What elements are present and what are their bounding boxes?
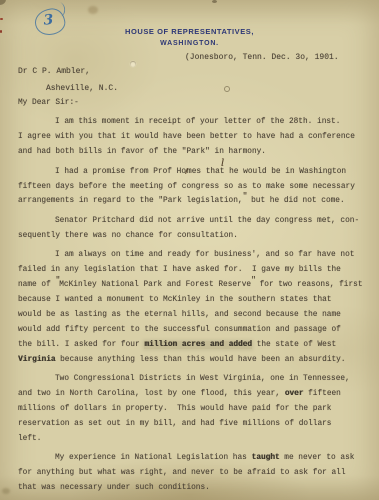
paper-hole <box>130 61 136 67</box>
stain <box>2 488 10 494</box>
letter-line: fifteen days before the meeting of congr… <box>18 180 371 195</box>
line-text: McKinley National Park and Forest Reserv… <box>59 281 251 289</box>
edge-speck <box>0 18 3 20</box>
letter-line: Virginia because anything less than this… <box>18 353 371 368</box>
letter-line: the bill. I asked for four million acres… <box>18 338 371 353</box>
letter-line: failed in any legislation that I have as… <box>18 263 371 278</box>
letter-line: because I wanted a monument to McKinley … <box>18 293 371 308</box>
letter-line: I agree with you that it would have been… <box>18 130 371 145</box>
paragraph: I had a promise from Prof Holmes that he… <box>18 165 371 210</box>
line-text: the state of West <box>252 341 336 349</box>
letterhead-city: WASHINGTON. <box>0 40 379 47</box>
overstruck-text: over <box>285 390 304 398</box>
paragraph: Two Congressional Districts in West Virg… <box>18 372 371 447</box>
line-text: because anything less than this would ha… <box>55 356 345 364</box>
letter-line: millions of dollars in property. This wo… <box>18 402 371 417</box>
stain <box>88 6 98 14</box>
letter-line: I had a promise from Prof Holmes that he… <box>18 165 371 180</box>
letter-line: would add fifty percent to the successfu… <box>18 323 371 338</box>
letter-line: left. <box>18 432 371 447</box>
line-text: me never to ask <box>280 454 355 462</box>
overstruck-text: taught <box>252 454 280 462</box>
paper-mark <box>224 86 230 92</box>
letter-line: sequently there was no chance for consul… <box>18 229 371 244</box>
recipient-name: Dr C P. Ambler, <box>18 67 90 76</box>
salutation: My Dear Sir:- <box>18 96 371 111</box>
line-text: My experience in National Legislation ha… <box>55 454 252 462</box>
line-text: the bill. I asked for four <box>18 341 144 349</box>
line-text: fifteen <box>303 390 340 398</box>
letter-line: Senator Pritchard did not arrive until t… <box>18 214 371 229</box>
overstruck-text: million acres and added <box>144 341 252 349</box>
handwritten-quote: ″ <box>251 276 255 285</box>
handwritten-insertion: l <box>186 172 187 173</box>
letter-line: I am always on time and ready for busine… <box>18 248 371 263</box>
letterhead-org: HOUSE OF REPRESENTATIVES, <box>0 27 379 36</box>
letter-line: reservation as set out in my bill, and h… <box>18 417 371 432</box>
inserted-letter-l: l <box>184 157 224 172</box>
letter-line: My experience in National Legislation ha… <box>18 451 371 466</box>
scanned-letter-page: 3 HOUSE OF REPRESENTATIVES, WASHINGTON. … <box>0 0 379 500</box>
line-text: and two in North Carolina, lost by one f… <box>18 390 285 398</box>
letter-line: and two in North Carolina, lost by one f… <box>18 387 371 402</box>
letter-line: name of ″McKinley National Park and Fore… <box>18 278 371 293</box>
handwritten-quote: ″ <box>55 276 59 285</box>
line-text: for two reasons, first <box>255 281 363 289</box>
line-text: arrangements in regard to the "Park legi… <box>18 197 243 205</box>
stain <box>0 0 6 5</box>
line-text: but he did not come. <box>246 197 344 205</box>
letter-line: I am this moment in receipt of your lett… <box>18 115 371 130</box>
stain <box>212 0 217 3</box>
letterhead: HOUSE OF REPRESENTATIVES, WASHINGTON. <box>0 27 379 47</box>
handwritten-quote: ″ <box>243 192 247 201</box>
paragraph: My experience in National Legislation ha… <box>18 451 371 496</box>
letter-line: would be as lasting as the eternal hills… <box>18 308 371 323</box>
paragraph: I am always on time and ready for busine… <box>18 248 371 367</box>
paragraph: I am this moment in receipt of your lett… <box>18 115 371 160</box>
dateline: (Jonesboro, Tenn. Dec. 3o, 1901. <box>185 53 339 62</box>
paragraph: Senator Pritchard did not arrive until t… <box>18 214 371 244</box>
line-text: I had a promise from Prof Ho <box>55 168 186 176</box>
letter-line: that was necessary under such conditions… <box>18 481 371 496</box>
overstruck-text: Virginia <box>18 356 55 364</box>
letter-line: for anything but what was right, and nev… <box>18 466 371 481</box>
line-text: name of <box>18 281 55 289</box>
letter-body: My Dear Sir:- I am this moment in receip… <box>18 96 371 496</box>
letter-line: arrangements in regard to the "Park legi… <box>18 194 371 209</box>
letter-line: Two Congressional Districts in West Virg… <box>18 372 371 387</box>
recipient-address: Asheville, N.C. <box>46 84 118 93</box>
